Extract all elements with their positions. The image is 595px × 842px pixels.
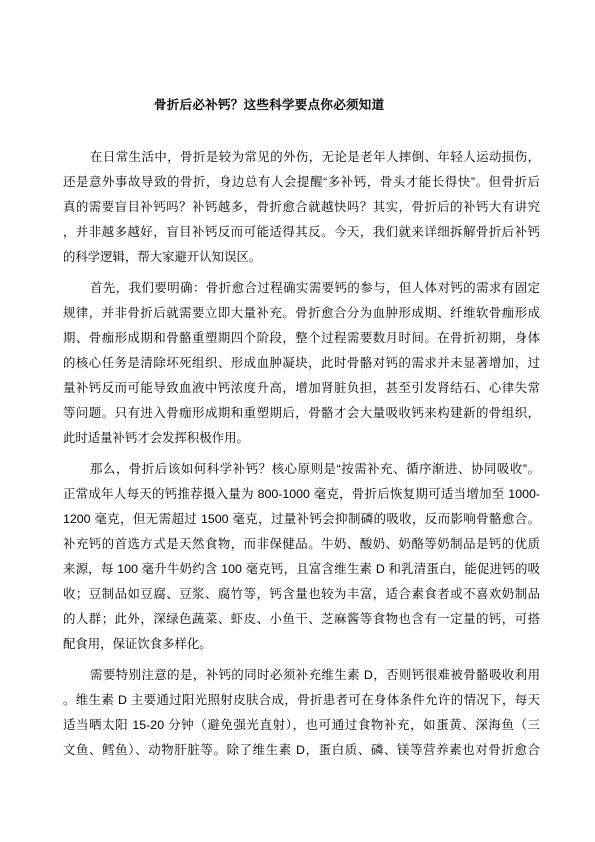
text-line: 收；豆制品如豆腐、豆浆、腐竹等，钙含量也较为丰富，适合素食者或不喜欢奶制品 xyxy=(63,582,540,607)
text-line: 的核心任务是清除坏死组织、形成血肿凝块，此时骨骼对钙的需求并未显著增加，过 xyxy=(63,351,540,376)
text-line: 还是意外事故导致的骨折，身边总有人会提醒“多补钙，骨头才能长得快”。但骨折后 xyxy=(63,170,540,195)
text-line: 首先，我们要明确：骨折愈合过程确实需要钙的参与，但人体对钙的需求有固定 xyxy=(63,276,540,301)
paragraph: 那么，骨折后该如何科学补钙？核心原则是“按需补充、循序渐进、协同吸收”。正常成年… xyxy=(63,457,540,657)
text-line: 适当晒太阳 15-20 分钟（避免强光直射），也可通过食物补充，如蛋黄、深海鱼（… xyxy=(63,713,540,738)
text-line: 配食用，保证饮食多样化。 xyxy=(63,632,540,657)
paragraph: 需要特别注意的是，补钙的同时必须补充维生素 D，否则钙很难被骨骼吸收利用。维生素… xyxy=(63,663,540,763)
text-line: 此时适量补钙才会发挥积极作用。 xyxy=(63,426,540,451)
document-page: 骨折后必补钙？这些科学要点你必须知道 在日常生活中，骨折是较为常见的外伤，无论是… xyxy=(0,0,595,842)
text-line: 文鱼、鳕鱼）、动物肝脏等。除了维生素 D，蛋白质、磷、镁等营养素也对骨折愈合 xyxy=(63,738,540,763)
text-line: 期、骨痂形成期和骨骼重塑期四个阶段，整个过程需要数月时间。在骨折初期，身体 xyxy=(63,326,540,351)
text-line: 那么，骨折后该如何科学补钙？核心原则是“按需补充、循序渐进、协同吸收”。 xyxy=(63,457,540,482)
paragraph: 在日常生活中，骨折是较为常见的外伤，无论是老年人摔倒、年轻人运动损伤，还是意外事… xyxy=(63,145,540,270)
text-line: 1200 毫克，但无需超过 1500 毫克，过量补钙会抑制磷的吸收，反而影响骨骼… xyxy=(63,507,540,532)
text-line: 规律，并非骨折后就需要立即大量补充。骨折愈合分为血肿形成期、纤维软骨痂形成 xyxy=(63,301,540,326)
text-line: 在日常生活中，骨折是较为常见的外伤，无论是老年人摔倒、年轻人运动损伤， xyxy=(63,145,540,170)
text-line: 量补钙反而可能导致血液中钙浓度升高，增加肾脏负担，甚至引发肾结石、心律失常 xyxy=(63,376,540,401)
text-line: 来源，每 100 毫升牛奶约含 100 毫克钙，且富含维生素 D 和乳清蛋白，能… xyxy=(63,557,540,582)
text-line: 正常成年人每天的钙推荐摄入量为 800-1000 毫克，骨折后恢复期可适当增加至… xyxy=(63,482,540,507)
document-title: 骨折后必补钙？这些科学要点你必须知道 xyxy=(154,96,540,114)
text-line: 。维生素 D 主要通过阳光照射皮肤合成，骨折患者可在身体条件允许的情况下，每天 xyxy=(63,688,540,713)
text-line: 的科学逻辑，帮大家避开认知误区。 xyxy=(63,245,540,270)
text-line: ，并非越多越好，盲目补钙反而可能适得其反。今天，我们就来详细拆解骨折后补钙 xyxy=(63,220,540,245)
text-line: 需要特别注意的是，补钙的同时必须补充维生素 D，否则钙很难被骨骼吸收利用 xyxy=(63,663,540,688)
text-line: 等问题。只有进入骨痂形成期和重塑期后，骨骼才会大量吸收钙来构建新的骨组织， xyxy=(63,401,540,426)
paragraph: 首先，我们要明确：骨折愈合过程确实需要钙的参与，但人体对钙的需求有固定规律，并非… xyxy=(63,276,540,451)
text-line: 补充钙的首选方式是天然食物，而非保健品。牛奶、酸奶、奶酪等奶制品是钙的优质 xyxy=(63,532,540,557)
text-line: 真的需要盲目补钙吗？补钙越多，骨折愈合就越快吗？其实，骨折后的补钙大有讲究 xyxy=(63,195,540,220)
text-line: 的人群；此外，深绿色蔬菜、虾皮、小鱼干、芝麻酱等食物也含有一定量的钙，可搭 xyxy=(63,607,540,632)
